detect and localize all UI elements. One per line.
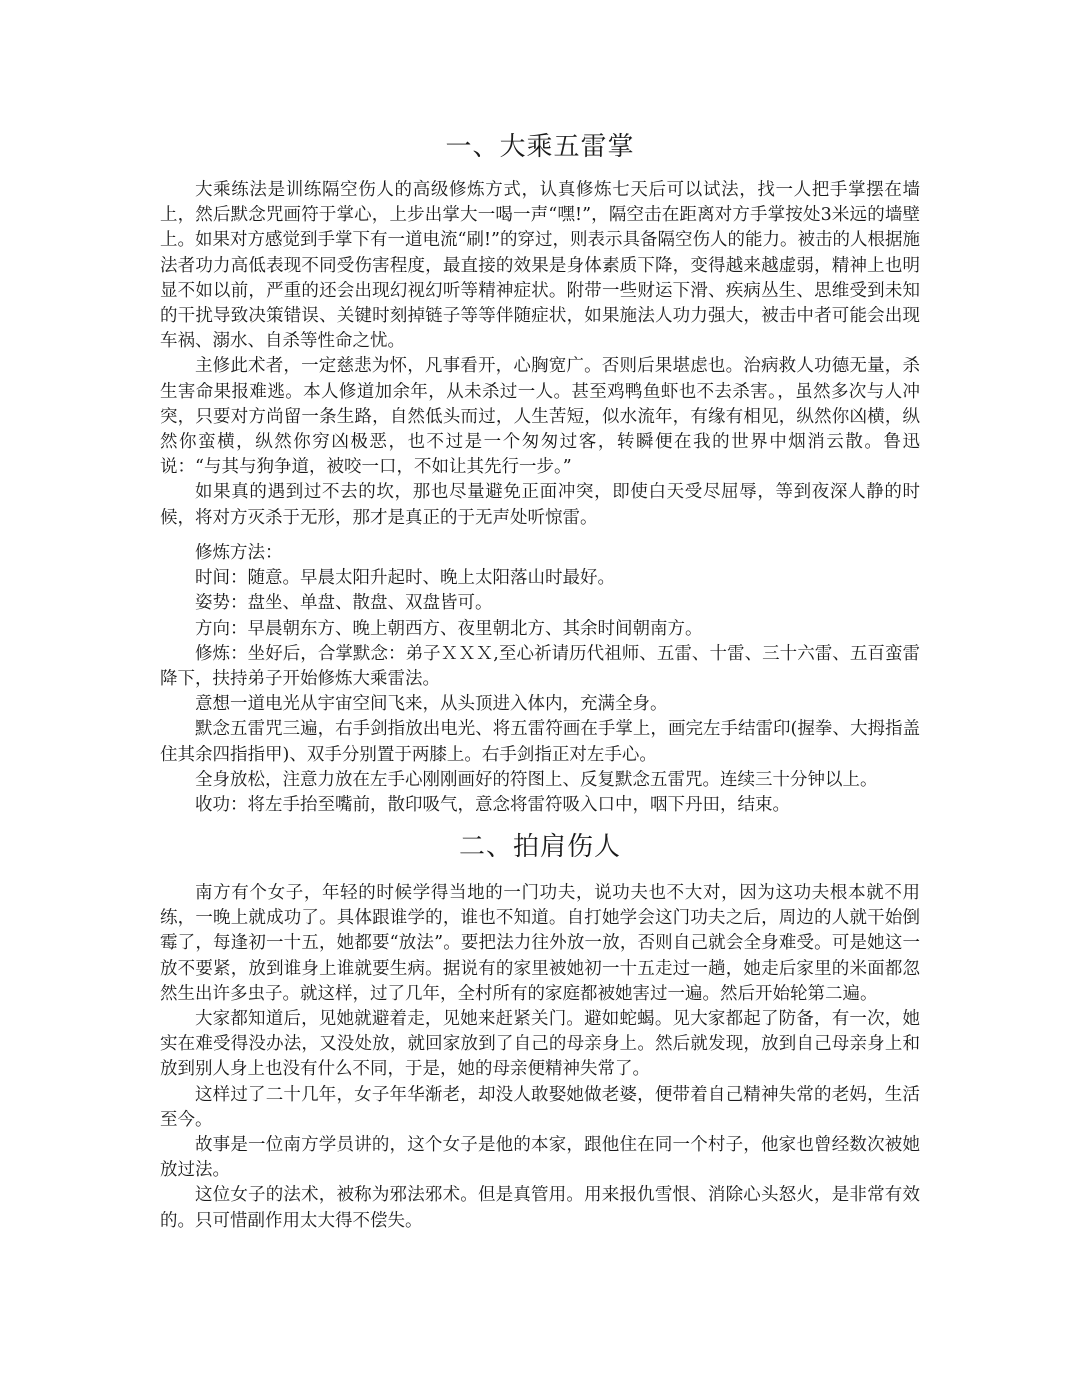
method-item: 方向：早晨朝东方、晚上朝西方、夜里朝北方、其余时间朝南方。 (160, 617, 920, 642)
paragraph: 大家都知道后，见她就避着走，见她来赶紧关门。避如蛇蝎。见大家都起了防备，有一次，… (160, 1007, 920, 1083)
section-1-body: 大乘练法是训练隔空伤人的高级修炼方式，认真修炼七天后可以试法，找一人把手掌摆在墙… (160, 178, 920, 531)
method-heading: 修炼方法： (160, 541, 920, 566)
method-item: 姿势：盘坐、单盘、散盘、双盘皆可。 (160, 591, 920, 616)
method-item: 意想一道电光从宇宙空间飞来，从头顶进入体内，充满全身。 (160, 692, 920, 717)
paragraph: 如果真的遇到过不去的坎，那也尽量避免正面冲突，即使白天受尽屈辱，等到夜深人静的时… (160, 480, 920, 530)
paragraph: 南方有个女子，年轻的时候学得当地的一门功夫，说功夫也不大对，因为这功夫根本就不用… (160, 881, 920, 1007)
section-1-title: 一、大乘五雷掌 (160, 126, 920, 163)
method-section: 修炼方法： 时间：随意。早晨太阳升起时、晚上太阳落山时最好。 姿势：盘坐、单盘、… (160, 541, 920, 818)
method-item: 全身放松，注意力放在左手心刚刚画好的符图上、反复默念五雷咒。连续三十分钟以上。 (160, 768, 920, 793)
method-item: 时间：随意。早晨太阳升起时、晚上太阳落山时最好。 (160, 566, 920, 591)
paragraph: 这位女子的法术，被称为邪法邪术。但是真管用。用来报仇雪恨、消除心头怒火，是非常有… (160, 1183, 920, 1233)
method-item: 修炼：坐好后，合掌默念：弟子ＸＸＸ,至心祈请历代祖师、五雷、十雷、三十六雷、五百… (160, 642, 920, 692)
section-2-title: 二、拍肩伤人 (160, 826, 920, 863)
method-item: 默念五雷咒三遍，右手剑指放出电光、将五雷符画在手掌上，画完左手结雷印(握拳、大拇… (160, 717, 920, 767)
paragraph: 主修此术者，一定慈悲为怀，凡事看开，心胸宽广。否则后果堪虑也。治病救人功德无量，… (160, 354, 920, 480)
method-item: 收功：将左手抬至嘴前，散印吸气，意念将雷符吸入口中，咽下丹田，结束。 (160, 793, 920, 818)
paragraph: 故事是一位南方学员讲的，这个女子是他的本家，跟他住在同一个村子，他家也曾经数次被… (160, 1133, 920, 1183)
paragraph: 大乘练法是训练隔空伤人的高级修炼方式，认真修炼七天后可以试法，找一人把手掌摆在墙… (160, 178, 920, 354)
section-2-body: 南方有个女子，年轻的时候学得当地的一门功夫，说功夫也不大对，因为这功夫根本就不用… (160, 881, 920, 1234)
paragraph: 这样过了二十几年，女子年华渐老，却没人敢娶她做老婆，便带着自己精神失常的老妈，生… (160, 1083, 920, 1133)
